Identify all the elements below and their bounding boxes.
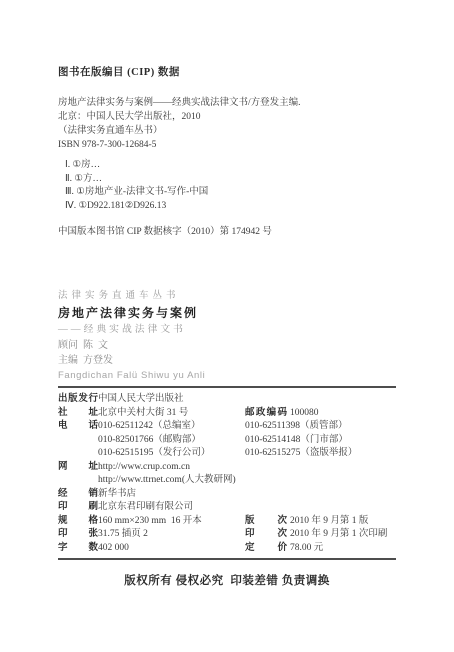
- pub-right-label: 版 次: [245, 515, 287, 529]
- cip-class-line: Ⅰ. ①房…: [65, 159, 396, 173]
- cip-isbn-line: ISBN 978-7-300-12684-5: [58, 138, 396, 152]
- pub-value: 中国人民大学出版社: [98, 393, 184, 407]
- pub-right-value: 010-62511398（质管部）: [245, 420, 348, 434]
- cip-class-line: Ⅲ. ①房地产业-法律文书-写作-中国: [65, 186, 396, 200]
- pub-row-wordcount: 字 数 402 000 定 价 78.00 元: [58, 542, 396, 556]
- cip-header: 图书在版编目 (CIP) 数据: [58, 66, 396, 80]
- pinyin-title: Fangdichan Falü Shiwu yu Anli: [58, 369, 396, 382]
- copyright-notice: 版权所有 侵权必究 印装差错 负责调换: [58, 573, 396, 589]
- book-title: 房地产法律实务与案例: [58, 305, 396, 322]
- pub-row-address: 社 址 北京中关村大街 31 号 邮政编码 100080: [58, 407, 396, 421]
- pub-label: 经 销: [58, 488, 98, 502]
- cip-classification-block: Ⅰ. ①房… Ⅱ. ①方… Ⅲ. ①房地产业-法律文书-写作-中国 Ⅳ. ①D9…: [58, 159, 396, 213]
- pub-label: 印 刷: [58, 501, 98, 515]
- pub-label: 出版发行: [58, 393, 98, 407]
- pub-row-sheets: 印 张 31.75 插页 2 印 次 2010 年 9 月第 1 次印刷: [58, 528, 396, 542]
- pub-value: http://www.crup.com.cn: [98, 461, 190, 475]
- editor-line: 主编 方登发: [58, 353, 396, 368]
- pub-row-phone: 电 话 010-62511242（总编室） 010-62511398（质管部）: [58, 420, 396, 434]
- cip-registry-line: 中国版本图书馆 CIP 数据核字（2010）第 174942 号: [58, 225, 396, 239]
- pub-label: 字 数: [58, 542, 98, 556]
- pub-row-phone: 010-82501766（邮购部） 010-62514148（门市部）: [58, 434, 396, 448]
- title-block: 法律实务直通车丛书 房地产法律实务与案例 ——经典实战法律文书 顾问 陈 文 主…: [58, 289, 396, 382]
- cip-record-line: 北京：中国人民大学出版社，2010: [58, 110, 396, 124]
- divider-rule-top: [58, 386, 396, 388]
- pub-row-website: http://www.ttrnet.com(人大教研网): [58, 474, 396, 488]
- pub-row-printer: 印 刷 北京东君印刷有限公司: [58, 501, 396, 515]
- pub-right-label: 印 次: [245, 528, 287, 542]
- pub-value: 北京东君印刷有限公司: [98, 501, 193, 515]
- pub-right-value: 100080: [290, 407, 319, 421]
- advisor-line: 顾问 陈 文: [58, 338, 396, 353]
- series-title: 法律实务直通车丛书: [58, 289, 396, 303]
- pub-row-phone: 010-62515195（发行公司） 010-62515275（盗版举报）: [58, 447, 396, 461]
- divider-rule-bottom: [58, 558, 396, 560]
- pub-label: 印 张: [58, 528, 98, 542]
- pub-right-value: 2010 年 9 月第 1 版: [290, 515, 368, 529]
- pub-right-value: 78.00 元: [290, 542, 323, 556]
- cip-class-line: Ⅱ. ①方…: [65, 173, 396, 187]
- pub-label: 社 址: [58, 407, 98, 421]
- pub-value: 010-62511242（总编室）: [98, 420, 201, 434]
- pub-label: 规 格: [58, 515, 98, 529]
- pub-right-label: 邮政编码: [245, 407, 287, 421]
- cip-record-line: （法律实务直通车丛书）: [58, 124, 396, 138]
- pub-value: 010-82501766（邮购部）: [98, 434, 201, 448]
- pub-right-value: 2010 年 9 月第 1 次印刷: [290, 528, 387, 542]
- cip-record-line: 房地产法律实务与案例——经典实战法律文书/方登发主编.: [58, 96, 396, 110]
- cip-class-line: Ⅳ. ①D922.181②D926.13: [65, 200, 396, 214]
- pub-right-label: 定 价: [245, 542, 287, 556]
- pub-label: [58, 474, 98, 488]
- pub-row-format: 规 格 160 mm×230 mm 16 开本 版 次 2010 年 9 月第 …: [58, 515, 396, 529]
- pub-label: 网 址: [58, 461, 98, 475]
- pub-value: 新华书店: [98, 488, 136, 502]
- pub-row-publisher: 出版发行 中国人民大学出版社: [58, 393, 396, 407]
- copyright-page: 图书在版编目 (CIP) 数据 房地产法律实务与案例——经典实战法律文书/方登发…: [0, 0, 454, 652]
- pub-value: http://www.ttrnet.com(人大教研网): [98, 474, 236, 488]
- pub-right-value: 010-62515275（盗版举报）: [245, 447, 357, 461]
- pub-value: 402 000: [98, 542, 129, 556]
- pub-label: [58, 434, 98, 448]
- pub-value: 北京中关村大街 31 号: [98, 407, 188, 421]
- publication-info: 出版发行 中国人民大学出版社 社 址 北京中关村大街 31 号 邮政编码 100…: [58, 393, 396, 555]
- pub-row-distributor: 经 销 新华书店: [58, 488, 396, 502]
- book-subtitle: ——经典实战法律文书: [58, 322, 396, 338]
- pub-value: 010-62515195（发行公司）: [98, 447, 210, 461]
- pub-row-website: 网 址 http://www.crup.com.cn: [58, 461, 396, 475]
- pub-right-value: 010-62514148（门市部）: [245, 434, 348, 448]
- pub-value: 31.75 插页 2: [98, 528, 148, 542]
- pub-value: 160 mm×230 mm 16 开本: [98, 515, 202, 529]
- pub-label: 电 话: [58, 420, 98, 434]
- cip-record-block: 房地产法律实务与案例——经典实战法律文书/方登发主编. 北京：中国人民大学出版社…: [58, 96, 396, 152]
- pub-label: [58, 447, 98, 461]
